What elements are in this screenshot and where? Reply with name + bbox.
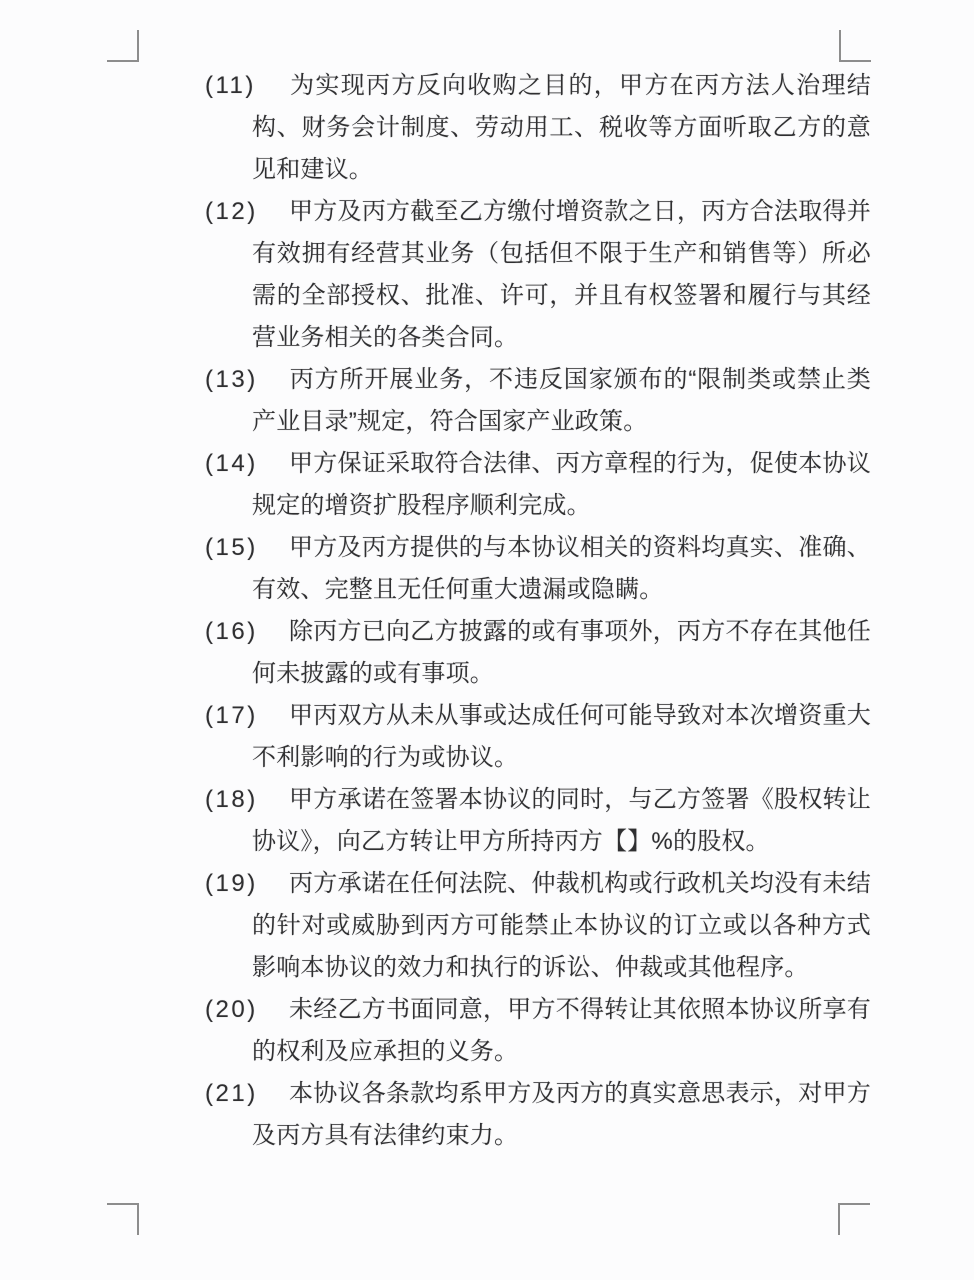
clause-item: (17)甲丙双方从未从事或达成任何可能导致对本次增资重大不利影响的行为或协议。 — [205, 695, 871, 779]
clause-number: (12) — [205, 191, 289, 233]
clause-number: (20) — [205, 989, 289, 1031]
crop-mark-bottom-left — [107, 1203, 139, 1235]
document-page: (11)为实现丙方反向收购之目的，甲方在丙方法人治理结构、财务会计制度、劳动用工… — [0, 0, 974, 1280]
clause-text: 丙方所开展业务，不违反国家颁布的“限制类或禁止类产业目录”规定，符合国家产业政策… — [252, 366, 871, 435]
clause-item: (18)甲方承诺在签署本协议的同时，与乙方签署《股权转让协议》，向乙方转让甲方所… — [205, 779, 871, 863]
clause-item: (21)本协议各条款均系甲方及丙方的真实意思表示，对甲方及丙方具有法律约束力。 — [205, 1073, 871, 1157]
clause-number: (17) — [205, 695, 289, 737]
crop-mark-top-right — [839, 30, 871, 62]
clause-text: 除丙方已向乙方披露的或有事项外，丙方不存在其他任何未披露的或有事项。 — [252, 618, 871, 687]
crop-mark-top-left — [107, 30, 139, 62]
clause-text: 甲方及丙方截至乙方缴付增资款之日，丙方合法取得并有效拥有经营其业务（包括但不限于… — [252, 198, 871, 351]
clause-text: 甲丙双方从未从事或达成任何可能导致对本次增资重大不利影响的行为或协议。 — [252, 702, 871, 771]
clause-number: (11) — [205, 65, 289, 107]
clause-text: 丙方承诺在任何法院、仲裁机构或行政机关均没有未结的针对或威胁到丙方可能禁止本协议… — [252, 870, 871, 981]
clause-item: (11)为实现丙方反向收购之目的，甲方在丙方法人治理结构、财务会计制度、劳动用工… — [205, 65, 871, 191]
clause-text: 甲方承诺在签署本协议的同时，与乙方签署《股权转让协议》，向乙方转让甲方所持丙方【… — [252, 786, 871, 855]
clause-list: (11)为实现丙方反向收购之目的，甲方在丙方法人治理结构、财务会计制度、劳动用工… — [205, 65, 871, 1157]
clause-item: (16)除丙方已向乙方披露的或有事项外，丙方不存在其他任何未披露的或有事项。 — [205, 611, 871, 695]
clause-number: (13) — [205, 359, 289, 401]
clause-item: (20)未经乙方书面同意，甲方不得转让其依照本协议所享有的权利及应承担的义务。 — [205, 989, 871, 1073]
clause-number: (14) — [205, 443, 289, 485]
clause-text: 甲方保证采取符合法律、丙方章程的行为，促使本协议规定的增资扩股程序顺利完成。 — [252, 450, 871, 519]
clause-text: 甲方及丙方提供的与本协议相关的资料均真实、准确、有效、完整且无任何重大遗漏或隐瞒… — [252, 534, 871, 603]
clause-item: (13)丙方所开展业务，不违反国家颁布的“限制类或禁止类产业目录”规定，符合国家… — [205, 359, 871, 443]
clause-item: (15)甲方及丙方提供的与本协议相关的资料均真实、准确、有效、完整且无任何重大遗… — [205, 527, 871, 611]
clause-number: (15) — [205, 527, 289, 569]
clause-item: (12)甲方及丙方截至乙方缴付增资款之日，丙方合法取得并有效拥有经营其业务（包括… — [205, 191, 871, 359]
clause-text: 为实现丙方反向收购之目的，甲方在丙方法人治理结构、财务会计制度、劳动用工、税收等… — [252, 72, 871, 183]
clause-text: 未经乙方书面同意，甲方不得转让其依照本协议所享有的权利及应承担的义务。 — [252, 996, 871, 1065]
clause-number: (21) — [205, 1073, 289, 1115]
clause-item: (14)甲方保证采取符合法律、丙方章程的行为，促使本协议规定的增资扩股程序顺利完… — [205, 443, 871, 527]
crop-mark-bottom-right — [838, 1203, 870, 1235]
clause-text: 本协议各条款均系甲方及丙方的真实意思表示，对甲方及丙方具有法律约束力。 — [252, 1080, 871, 1149]
clause-number: (16) — [205, 611, 289, 653]
clause-number: (19) — [205, 863, 289, 905]
clause-number: (18) — [205, 779, 289, 821]
clause-item: (19)丙方承诺在任何法院、仲裁机构或行政机关均没有未结的针对或威胁到丙方可能禁… — [205, 863, 871, 989]
